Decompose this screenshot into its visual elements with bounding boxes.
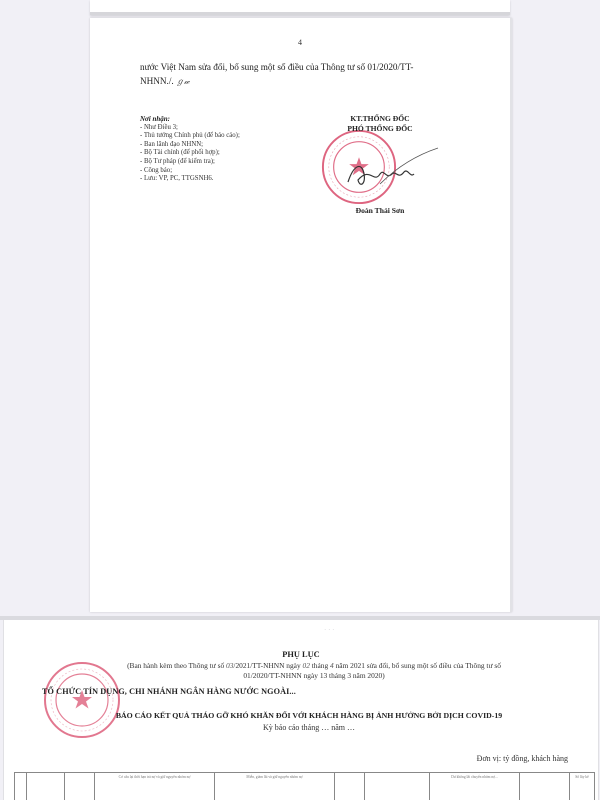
appendix-page: · · · PHỤ LỤC (Ban hành kèm theo Thông t… [3, 620, 599, 800]
subtitle-text: /2021/TT-NHNN ngày [233, 661, 302, 670]
recipient-item: - Ban lãnh đạo NHNN; [140, 141, 300, 150]
table-header-row: Cơ cấu lại thời hạn trả nợ và giữ nguyên… [15, 773, 595, 800]
recipient-item: - Công báo; [140, 167, 300, 176]
appendix-subtitle: (Ban hành kèm theo Thông tư số 03/2021/T… [64, 661, 564, 681]
report-table: Cơ cấu lại thời hạn trả nợ và giữ nguyên… [14, 772, 595, 800]
report-title: BÁO CÁO KẾT QUẢ THÁO GỠ KHÓ KHĂN ĐỐI VỚI… [4, 711, 598, 720]
recipient-item: - Thủ tướng Chính phủ (để báo cáo); [140, 132, 300, 141]
signer-name: Đoàn Thái Sơn [310, 206, 450, 215]
closing-paragraph-line2-wrap: NHNN./. ℊ𝓌 [140, 74, 480, 89]
faint-stamp-mark: · · · [324, 626, 335, 634]
table-header-cell [65, 773, 95, 800]
table-header-cell: Dư không lãi chuyển nhóm nợ... [430, 773, 520, 800]
table-header-cell [15, 773, 27, 800]
recipient-item: - Lưu: VP, PC, TTGSNH6. [140, 175, 300, 184]
closing-paragraph-line1: nước Việt Nam sửa đổi, bổ sung một số đi… [140, 60, 480, 74]
recipient-item: - Như Điều 3; [140, 124, 300, 133]
page-number: 4 [90, 38, 510, 47]
table-header-cell [520, 773, 570, 800]
table-header-cell: Miễn, giảm lãi và giữ nguyên nhóm nợ [215, 773, 335, 800]
appendix-title: PHỤ LỤC [4, 650, 598, 659]
appendix-subtitle-line1: (Ban hành kèm theo Thông tư số 03/2021/T… [64, 661, 564, 671]
report-period: Kỳ báo cáo tháng … năm … [4, 723, 598, 732]
handwritten-signature-icon [340, 144, 440, 194]
subtitle-text: năm 2021 sửa đổi, bổ sung một số điều củ… [334, 661, 501, 670]
closing-paragraph-line2: NHNN./. [140, 76, 174, 86]
table-header-cell [335, 773, 365, 800]
document-page-4: 4 nước Việt Nam sửa đổi, bổ sung một số … [90, 18, 512, 612]
previous-page-edge [90, 0, 510, 15]
appendix-subtitle-line2: 01/2020/TT-NHNN ngày 13 tháng 3 năm 2020… [64, 671, 564, 681]
subtitle-text: tháng [310, 661, 330, 670]
report-table-wrap: Cơ cấu lại thời hạn trả nợ và giữ nguyên… [14, 772, 594, 800]
table-header-cell [365, 773, 430, 800]
closing-paragraph: nước Việt Nam sửa đổi, bổ sung một số đi… [140, 60, 480, 89]
signature-block: KT.THỐNG ĐỐC PHÓ THỐNG ĐỐC Đoàn Thái Sơn [310, 114, 450, 224]
recipients-list: Nơi nhận: - Như Điều 3; - Thủ tướng Chín… [140, 115, 300, 184]
unit-label: Đơn vị: tỷ đồng, khách hàng [477, 754, 568, 763]
signer-title-line2: PHÓ THỐNG ĐỐC [310, 124, 450, 133]
recipient-item: - Bộ Tài chính (để phối hợp); [140, 149, 300, 158]
table-header-cell [27, 773, 65, 800]
organization-line: TỔ CHỨC TÍN DỤNG, CHI NHÁNH NGÂN HÀNG NƯ… [42, 687, 296, 696]
table-header-cell: Số lũy kế [570, 773, 595, 800]
recipient-item: - Bộ Tư pháp (để kiểm tra); [140, 158, 300, 167]
handwritten-initials: ℊ𝓌 [176, 77, 190, 86]
signer-title-line1: KT.THỐNG ĐỐC [310, 114, 450, 123]
handwritten-day: 02 [303, 661, 310, 670]
subtitle-text: (Ban hành kèm theo Thông tư số [127, 661, 226, 670]
recipients-title: Nơi nhận: [140, 115, 300, 124]
table-header-cell: Cơ cấu lại thời hạn trả nợ và giữ nguyên… [95, 773, 215, 800]
